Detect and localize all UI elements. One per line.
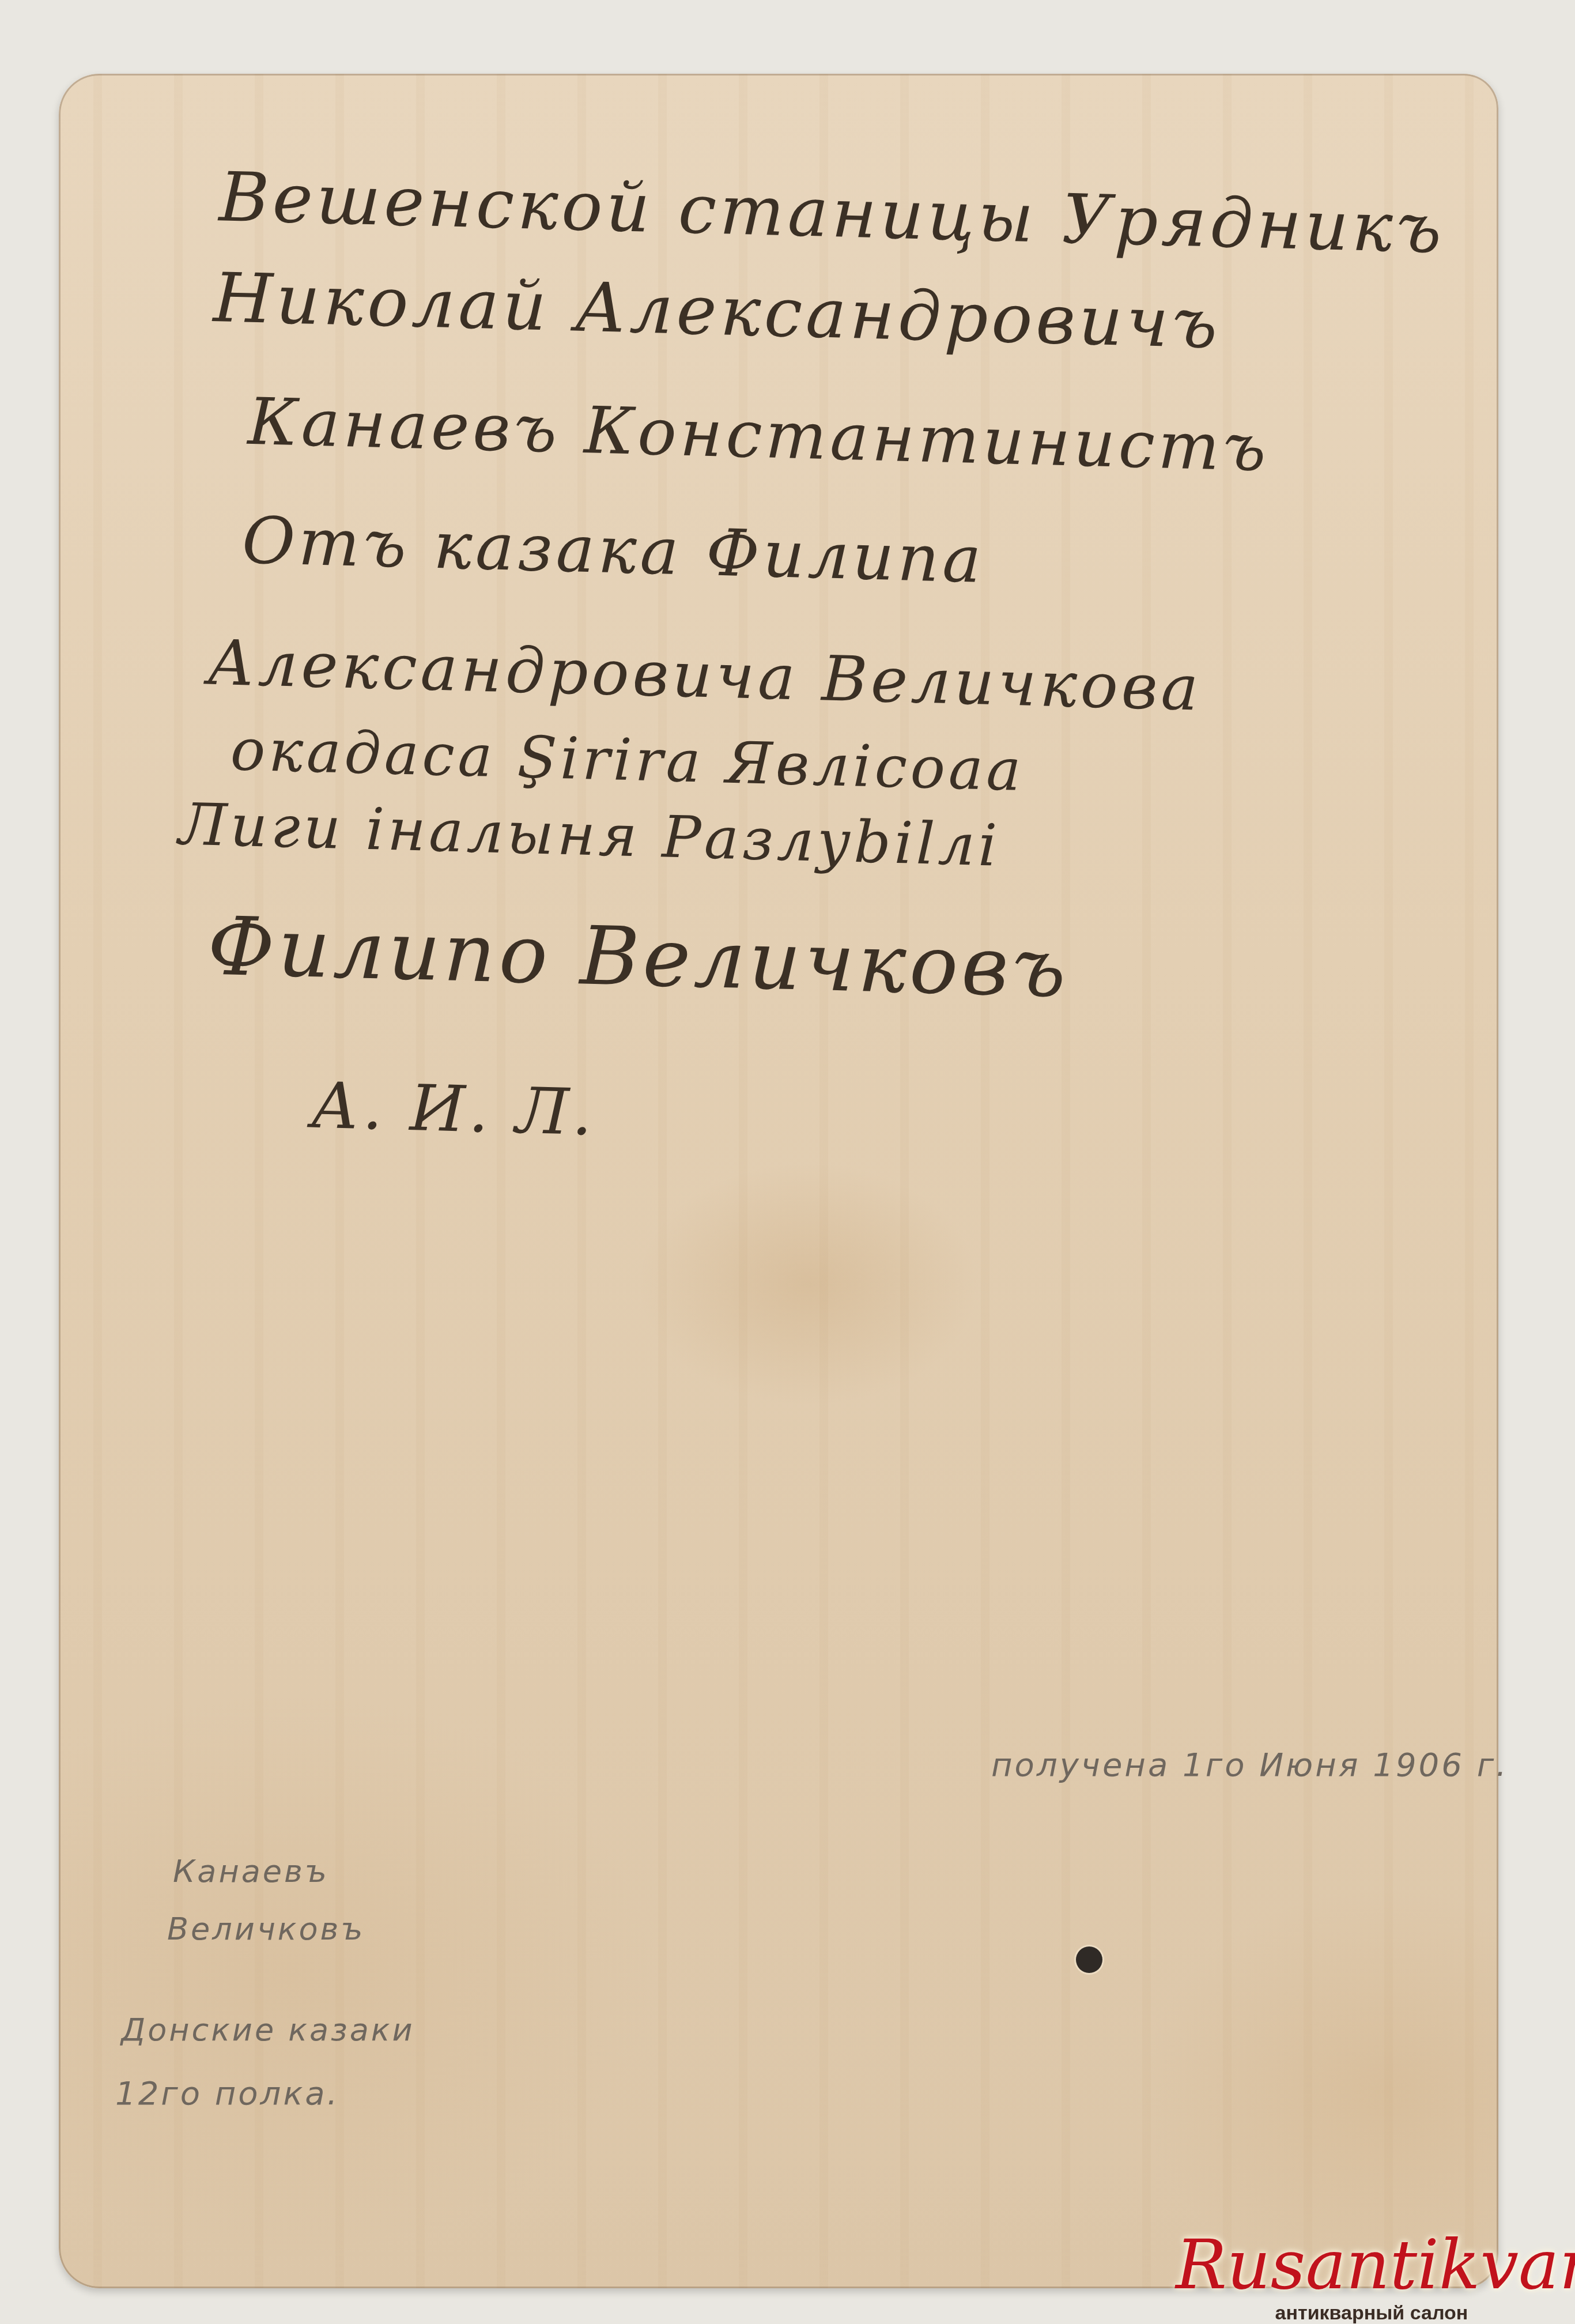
ink-line: Канаевъ Константинистъ <box>247 384 1271 486</box>
ink-line: Отъ казака Филипа <box>241 503 985 598</box>
pencil-note: Донские казаки <box>121 2012 415 2048</box>
pencil-note: 12го полка. <box>115 2075 339 2112</box>
photo-card-back: Вешенской станицы УрядникъНиколай Алекса… <box>59 74 1498 2288</box>
watermark-brand: Rusantikvar <box>1176 2231 1568 2299</box>
punch-hole <box>1076 1946 1102 1973</box>
watermark-subtitle: антикварный салон <box>1176 2302 1568 2324</box>
watermark: Rusantikvar антикварный салон <box>1176 2231 1568 2324</box>
ink-line: Александровича Величкова <box>207 627 1203 725</box>
ink-line: А. И. Л. <box>310 1069 596 1150</box>
pencil-note: Канаевъ <box>173 1853 329 1889</box>
ink-line: Вешенской станицы Урядникъ <box>218 157 1446 269</box>
ink-line: Филипо Величковъ <box>206 899 1070 1016</box>
pencil-note: Величковъ <box>167 1911 365 1947</box>
ink-line: Николай Александровичъ <box>212 258 1221 364</box>
pencil-note: получена 1го Июня 1906 г. <box>991 1746 1509 1784</box>
ink-line: Лиги іналыня Разлуbilлі <box>178 790 1001 879</box>
ink-line: окадаса Şirira Явлісоаа <box>230 716 1025 804</box>
